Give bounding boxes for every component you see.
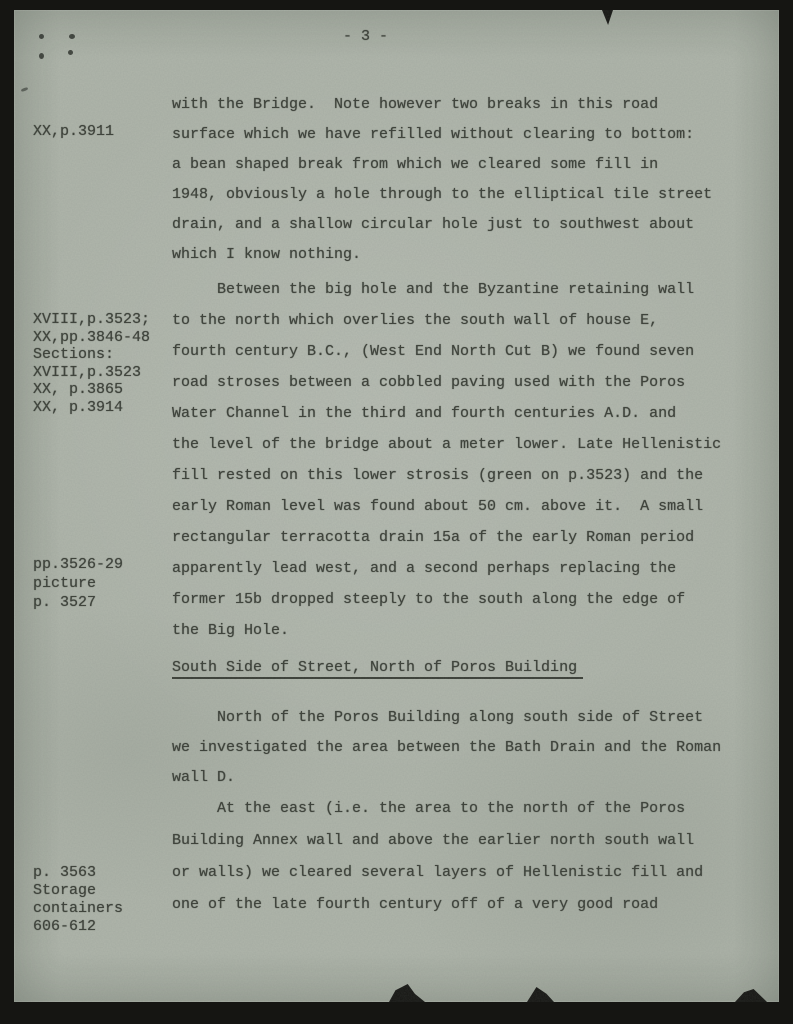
ink-speck bbox=[39, 34, 44, 39]
text-line: p. 3563 bbox=[33, 864, 123, 882]
text-line: At the east (i.e. the area to the north … bbox=[172, 793, 703, 825]
text-line: the Big Hole. bbox=[172, 615, 721, 646]
ink-speck bbox=[69, 34, 75, 39]
text-line: wall D. bbox=[172, 763, 721, 793]
text-line: surface which we have refilled without c… bbox=[172, 120, 712, 150]
text-line: a bean shaped break from which we cleare… bbox=[172, 150, 712, 180]
text-line: or walls) we cleared several layers of H… bbox=[172, 857, 703, 889]
text-line: rectangular terracotta drain 15a of the … bbox=[172, 522, 721, 553]
text-line: apparently lead west, and a second perha… bbox=[172, 553, 721, 584]
text-line: North of the Poros Building along south … bbox=[172, 703, 721, 733]
text-line: XVIII,p.3523; bbox=[33, 311, 150, 329]
text-line: former 15b dropped steeply to the south … bbox=[172, 584, 721, 615]
text-line: p. 3527 bbox=[33, 593, 123, 612]
text-line: XX,p.3911 bbox=[33, 123, 114, 141]
scanned-page: - 3 - XX,p.3911XVIII,p.3523;XX,pp.3846-4… bbox=[0, 0, 793, 1024]
text-line: early Roman level was found about 50 cm.… bbox=[172, 491, 721, 522]
text-line: which I know nothing. bbox=[172, 240, 712, 270]
margin-note: pp.3526-29picturep. 3527 bbox=[33, 555, 123, 612]
paragraph: North of the Poros Building along south … bbox=[172, 703, 721, 793]
text-line: Building Annex wall and above the earlie… bbox=[172, 825, 703, 857]
text-line: Storage bbox=[33, 882, 123, 900]
ink-speck bbox=[68, 50, 73, 55]
text-line: XX,pp.3846-48 bbox=[33, 329, 150, 347]
text-line: to the north which overlies the south wa… bbox=[172, 305, 721, 336]
text-line: Sections: bbox=[33, 346, 150, 364]
text-line: Between the big hole and the Byzantine r… bbox=[172, 274, 721, 305]
text-line: fill rested on this lower strosis (green… bbox=[172, 460, 721, 491]
text-line: picture bbox=[33, 574, 123, 593]
section-heading: South Side of Street, North of Poros Bui… bbox=[172, 652, 583, 683]
text-line: one of the late fourth century off of a … bbox=[172, 889, 703, 921]
text-line: XX, p.3914 bbox=[33, 399, 150, 417]
paragraph: with the Bridge. Note however two breaks… bbox=[172, 90, 712, 270]
margin-notes-column: XX,p.3911XVIII,p.3523;XX,pp.3846-48Secti… bbox=[33, 0, 173, 1024]
margin-note: XX,p.3911 bbox=[33, 123, 114, 141]
paragraph: At the east (i.e. the area to the north … bbox=[172, 793, 703, 921]
text-line: with the Bridge. Note however two breaks… bbox=[172, 90, 712, 120]
text-line: 1948, obviously a hole through to the el… bbox=[172, 180, 712, 210]
text-line: road stroses between a cobbled paving us… bbox=[172, 367, 721, 398]
ink-speck bbox=[39, 53, 44, 59]
text-line: the level of the bridge about a meter lo… bbox=[172, 429, 721, 460]
margin-note: p. 3563Storagecontainers606-612 bbox=[33, 864, 123, 936]
text-line: pp.3526-29 bbox=[33, 555, 123, 574]
paragraph: Between the big hole and the Byzantine r… bbox=[172, 274, 721, 646]
text-line: Water Channel in the third and fourth ce… bbox=[172, 398, 721, 429]
text-line: XX, p.3865 bbox=[33, 381, 150, 399]
body-text-column: with the Bridge. Note however two breaks… bbox=[172, 0, 757, 1024]
text-line: we investigated the area between the Bat… bbox=[172, 733, 721, 763]
paragraph: South Side of Street, North of Poros Bui… bbox=[172, 652, 583, 683]
section-heading-text: South Side of Street, North of Poros Bui… bbox=[172, 659, 583, 679]
text-line: containers bbox=[33, 900, 123, 918]
text-line: XVIII,p.3523 bbox=[33, 364, 150, 382]
margin-note: XVIII,p.3523;XX,pp.3846-48Sections:XVIII… bbox=[33, 311, 150, 416]
text-line: drain, and a shallow circular hole just … bbox=[172, 210, 712, 240]
text-line: 606-612 bbox=[33, 918, 123, 936]
text-line: fourth century B.C., (West End North Cut… bbox=[172, 336, 721, 367]
